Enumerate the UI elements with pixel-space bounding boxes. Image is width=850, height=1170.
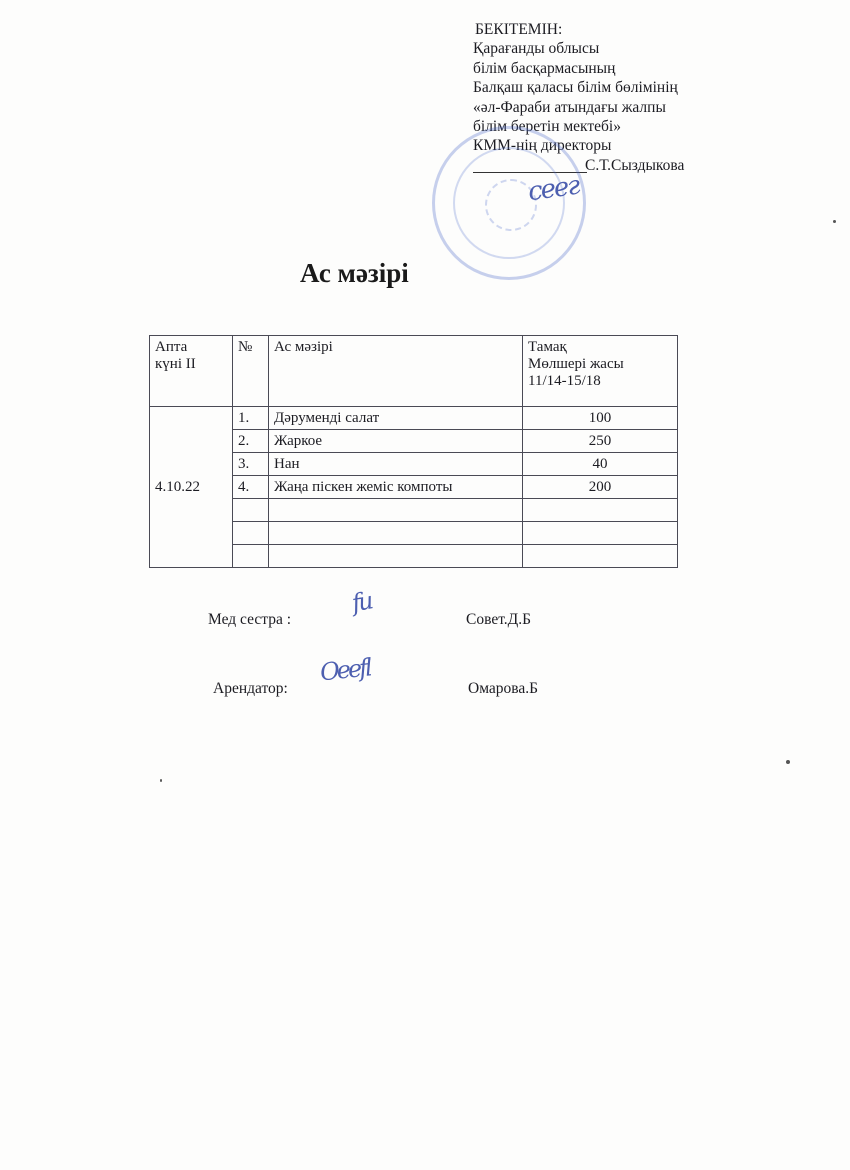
nurse-name: Совет.Д.Б	[466, 611, 531, 629]
scan-speck	[786, 760, 790, 764]
date-cell: 4.10.22	[150, 407, 233, 568]
scan-speck	[160, 779, 162, 782]
row-dish: Жаркое	[269, 430, 523, 453]
header-quantity: ТамақМөлшері жасы11/14-15/18	[523, 336, 678, 407]
page-title: Ас мәзірі	[300, 258, 409, 289]
table-row: 4.10.22 1. Дәруменді салат 100	[150, 407, 678, 430]
header-dish: Ас мәзірі	[269, 336, 523, 407]
tenant-name: Омарова.Б	[468, 680, 538, 698]
director-name: С.Т.Сыздыкова	[585, 157, 684, 174]
table-header-row: Аптакүні II № Ас мәзірі ТамақМөлшері жас…	[150, 336, 678, 407]
row-number: 4.	[233, 476, 269, 499]
row-dish	[269, 545, 523, 568]
row-dish: Жаңа піскен жеміс компоты	[269, 476, 523, 499]
row-quantity: 100	[523, 407, 678, 430]
approval-line: «әл-Фараби атындағы жалпы	[473, 98, 684, 117]
approval-heading: БЕКІТЕМІН:	[475, 20, 684, 39]
tenant-label: Арендатор:	[213, 680, 288, 698]
row-quantity: 40	[523, 453, 678, 476]
approval-line: Балқаш қаласы білім бөлімінің	[473, 78, 684, 97]
row-quantity: 200	[523, 476, 678, 499]
row-number: 2.	[233, 430, 269, 453]
row-number: 1.	[233, 407, 269, 430]
row-quantity	[523, 499, 678, 522]
row-dish	[269, 499, 523, 522]
row-number	[233, 499, 269, 522]
menu-table: Аптакүні II № Ас мәзірі ТамақМөлшері жас…	[149, 335, 678, 568]
row-number	[233, 545, 269, 568]
nurse-label: Мед сестра :	[208, 611, 291, 629]
row-dish: Дәруменді салат	[269, 407, 523, 430]
row-quantity	[523, 545, 678, 568]
scan-speck	[833, 220, 836, 223]
tenant-signature: Oeefl	[319, 653, 371, 686]
row-number: 3.	[233, 453, 269, 476]
row-quantity: 250	[523, 430, 678, 453]
row-dish	[269, 522, 523, 545]
row-dish: Нан	[269, 453, 523, 476]
approval-line: білім басқармасының	[473, 59, 684, 78]
official-stamp-icon	[432, 126, 586, 280]
row-number	[233, 522, 269, 545]
row-quantity	[523, 522, 678, 545]
nurse-signature: fu	[350, 587, 373, 618]
header-day: Аптакүні II	[150, 336, 233, 407]
header-number: №	[233, 336, 269, 407]
approval-line: Қарағанды облысы	[473, 39, 684, 58]
